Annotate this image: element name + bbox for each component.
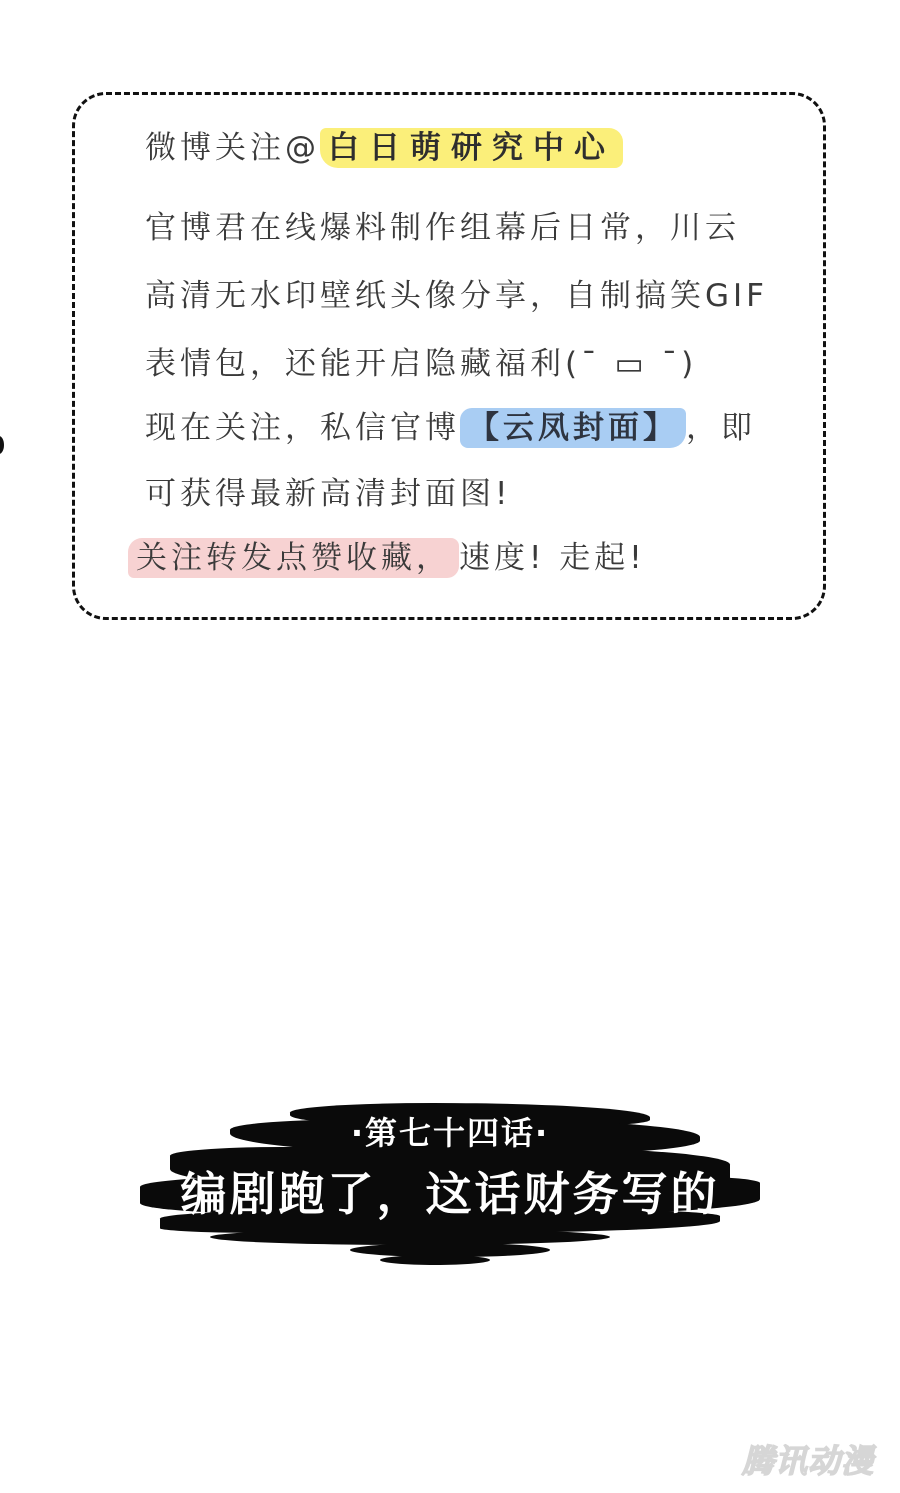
cta-suffix: 速度! 走起! xyxy=(459,540,646,576)
weibo-follow-prefix: 微博关注@ xyxy=(145,130,320,166)
notice-line-7: 关注转发点赞收藏，速度! 走起! xyxy=(128,538,646,578)
dm-suffix: ，即 xyxy=(686,410,756,446)
weibo-account-highlight: 白日萌研究中心 xyxy=(320,128,623,168)
dm-prefix: 现在关注，私信官博 xyxy=(145,410,460,446)
cta-highlight: 关注转发点赞收藏， xyxy=(128,538,459,578)
tencent-comics-watermark-logo: 腾讯动漫 xyxy=(742,1436,874,1482)
notice-line-4: 表情包，还能开启隐藏福利(¯ ▭ ¯) xyxy=(145,344,697,384)
notice-line-6: 可获得最新高清封面图! xyxy=(145,474,511,514)
keyword-highlight: 【云凤封面】 xyxy=(460,408,686,448)
notice-line-3: 高清无水印壁纸头像分享，自制搞笑GIF xyxy=(145,276,768,316)
chapter-title: 编剧跑了，这话财务写的 xyxy=(0,1158,900,1224)
notice-line-5: 现在关注，私信官博【云凤封面】，即 xyxy=(145,408,756,448)
notice-line-2: 官博君在线爆料制作组幕后日常，川云 xyxy=(145,208,740,248)
edge-fragment xyxy=(0,436,4,454)
chapter-number: ·第七十四话· xyxy=(0,1108,900,1154)
notice-line-1: 微博关注@白日萌研究中心 xyxy=(145,128,623,168)
